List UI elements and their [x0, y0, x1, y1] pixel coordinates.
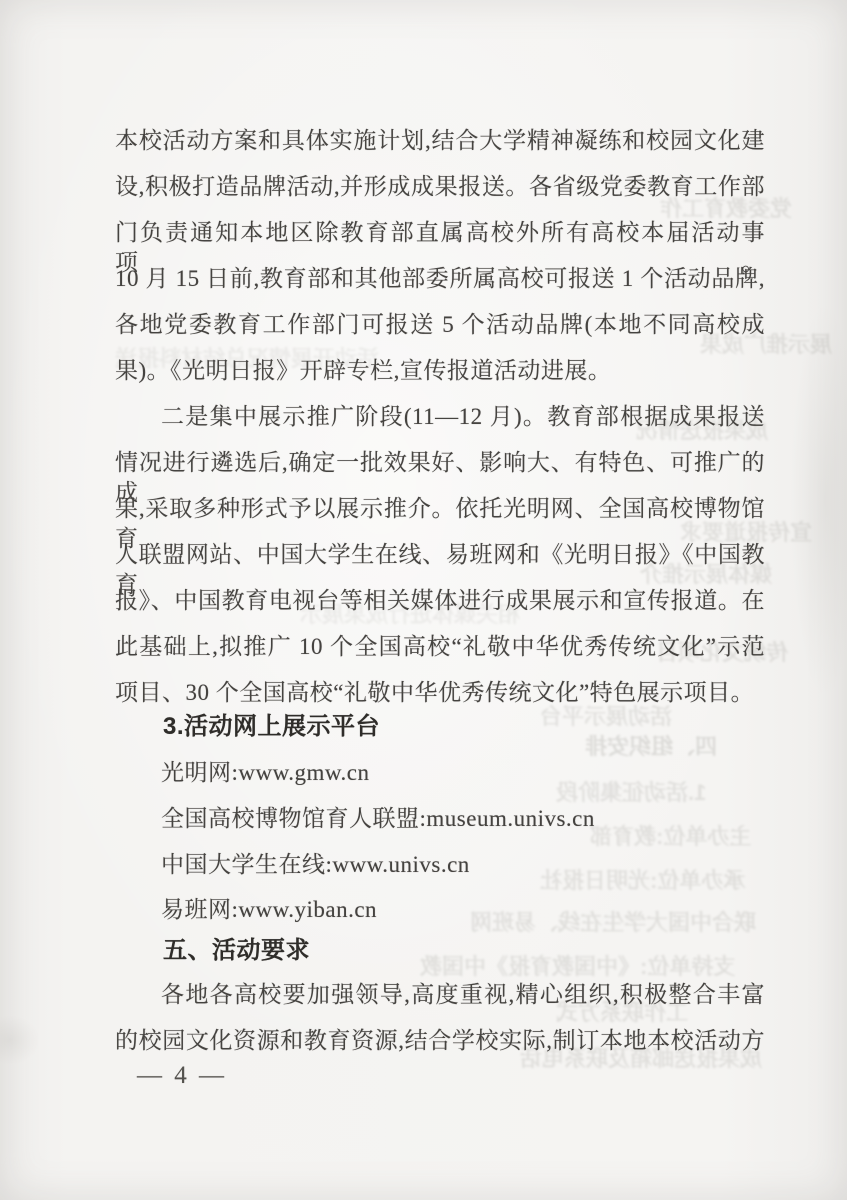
body-text-line: 各地党委教育工作部门可报送 5 个活动品牌(本地不同高校成	[115, 310, 765, 340]
url-line-museum-alliance: 全国高校博物馆育人联盟:museum.univs.cn	[115, 804, 765, 834]
url-line-univs: 中国大学生在线:www.univs.cn	[115, 850, 765, 880]
body-text-line: 二是集中展示推广阶段(11—12 月)。教育部根据成果报送	[115, 402, 765, 432]
body-text-line: 10 月 15 日前,教育部和其他部委所属高校可报送 1 个活动品牌,	[115, 264, 765, 294]
scan-smudge	[0, 1015, 40, 1065]
subsection-heading-online-platforms: 3.活动网上展示平台	[115, 712, 765, 742]
body-text-line: 设,积极打造品牌活动,并形成成果报送。各省级党委教育工作部	[115, 172, 765, 202]
body-text-line: 本校活动方案和具体实施计划,结合大学精神凝练和校园文化建	[115, 126, 765, 156]
page-number: — 4 —	[137, 1062, 227, 1090]
url-line-gmw: 光明网:www.gmw.cn	[115, 758, 765, 788]
scan-smudge	[790, 300, 847, 700]
section-heading-activity-requirements: 五、活动要求	[115, 936, 765, 966]
body-text-line: 此基础上,拟推广 10 个全国高校“礼敬中华优秀传统文化”示范	[115, 632, 765, 662]
url-line-yiban: 易班网:www.yiban.cn	[115, 895, 765, 925]
scanned-document-page: 党委教育工作 展示推广成果 活动开展情况总结材料报送 成果报送情况 宣传报道要求…	[0, 0, 847, 1200]
body-text-line: 果)。《光明日报》开辟专栏,宣传报道活动进展。	[115, 356, 765, 386]
body-text-line: 的校园文化资源和教育资源,结合学校实际,制订本地本校活动方	[115, 1026, 765, 1056]
body-text-line: 报》、中国教育电视台等相关媒体进行成果展示和宣传报道。在	[115, 586, 765, 616]
body-text-line: 各地各高校要加强领导,高度重视,精心组织,积极整合丰富	[115, 980, 765, 1010]
body-text-line: 项目、30 个全国高校“礼敬中华优秀传统文化”特色展示项目。	[115, 678, 765, 708]
